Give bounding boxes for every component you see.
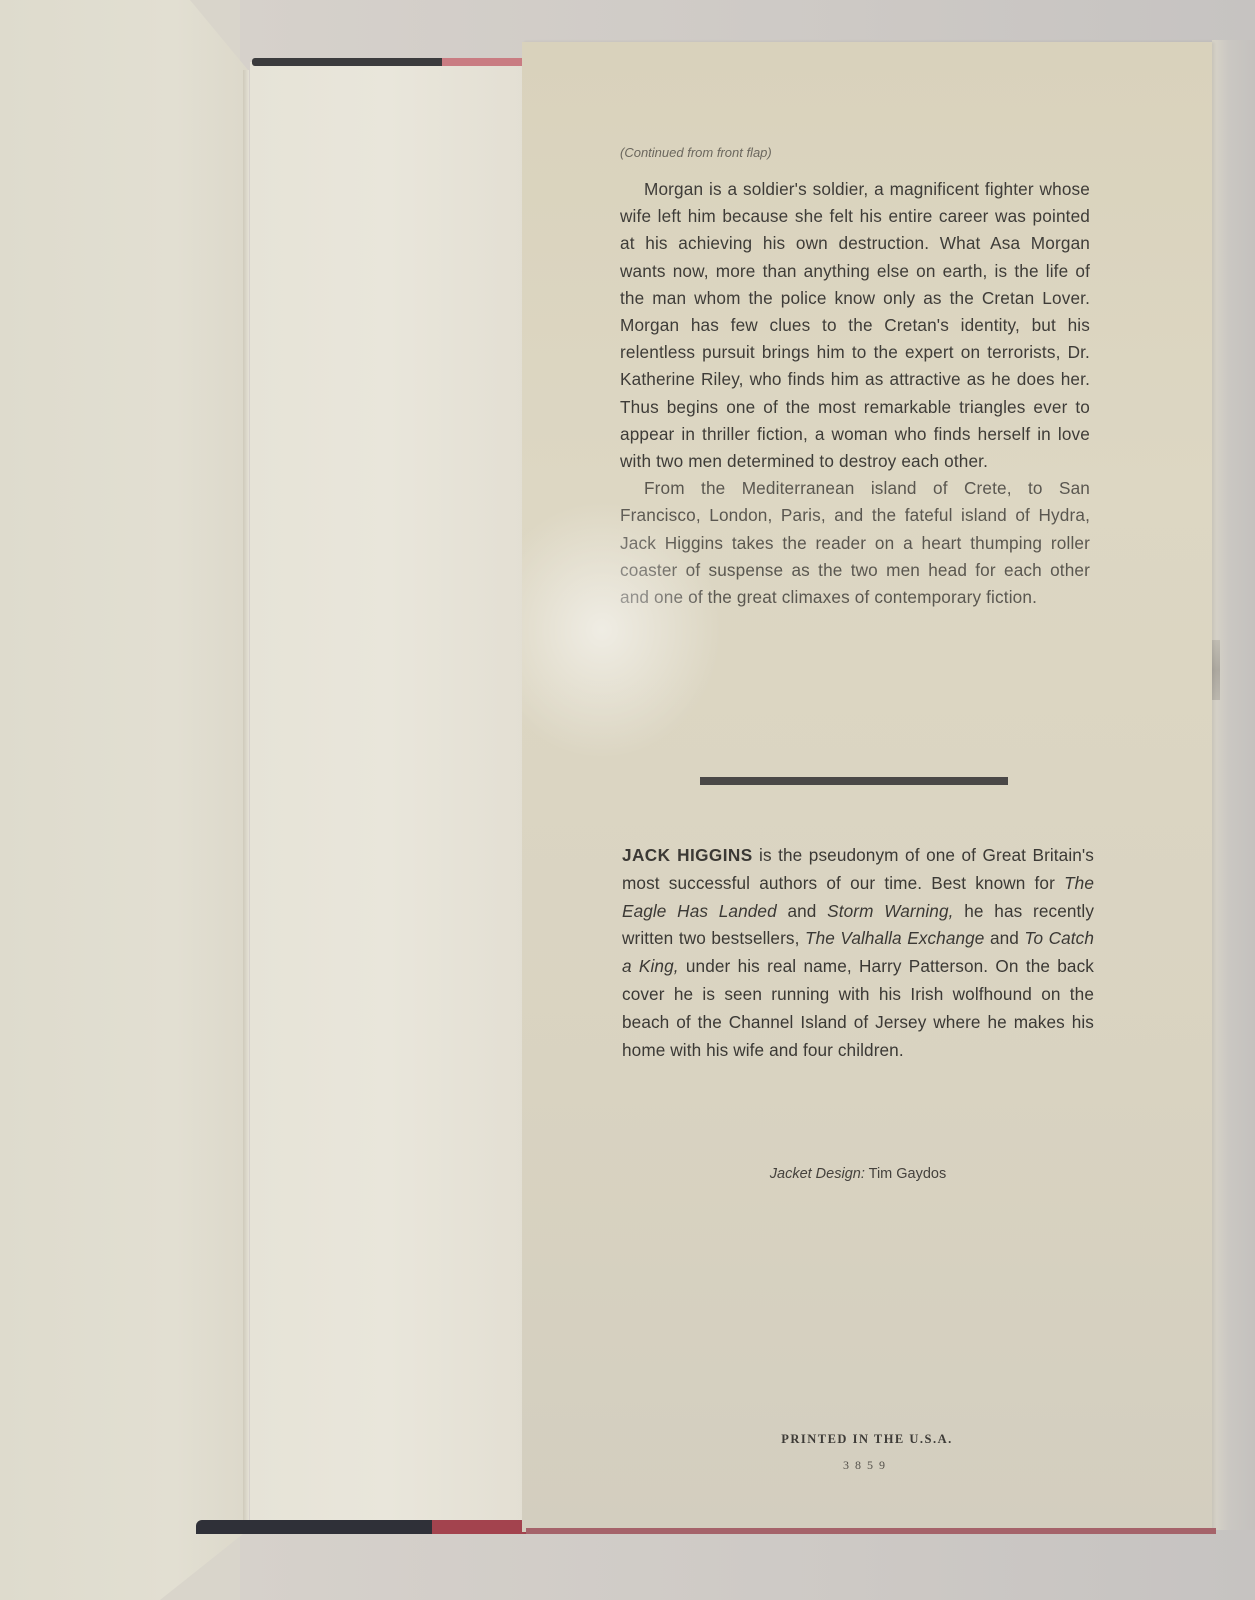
bottom-cloth-band-dark (196, 1520, 432, 1534)
top-cloth-band-dark (252, 58, 442, 66)
blurb-paragraph-1: Morgan is a soldier's soldier, a magnifi… (620, 176, 1090, 475)
top-cloth-band-red (442, 58, 522, 66)
left-endpaper (0, 0, 250, 1600)
jacket-design-credit: Jacket Design: Tim Gaydos (622, 1166, 1094, 1182)
printed-in-usa: PRINTED IN THE U.S.A. (522, 1432, 1212, 1447)
author-name: JACK HIGGINS (622, 845, 753, 865)
section-divider (700, 777, 1008, 785)
author-bio: JACK HIGGINS is the pseudonym of one of … (622, 842, 1094, 1064)
flap-bottom-edge (526, 1528, 1216, 1534)
book-title: The Valhalla Exchange (805, 928, 984, 948)
flap-blurb: (Continued from front flap) Morgan is a … (620, 145, 1090, 611)
book-title: Storm Warning, (827, 901, 953, 921)
inner-board (250, 62, 525, 1524)
endpaper-fold (243, 70, 249, 1530)
bottom-cloth-band-red (432, 1520, 526, 1534)
blurb-paragraph-2: From the Mediterranean island of Crete, … (620, 475, 1090, 611)
catalog-code: 3859 (522, 1458, 1212, 1473)
jacket-spine-edge (1212, 40, 1255, 1530)
continued-note: (Continued from front flap) (620, 145, 1090, 160)
